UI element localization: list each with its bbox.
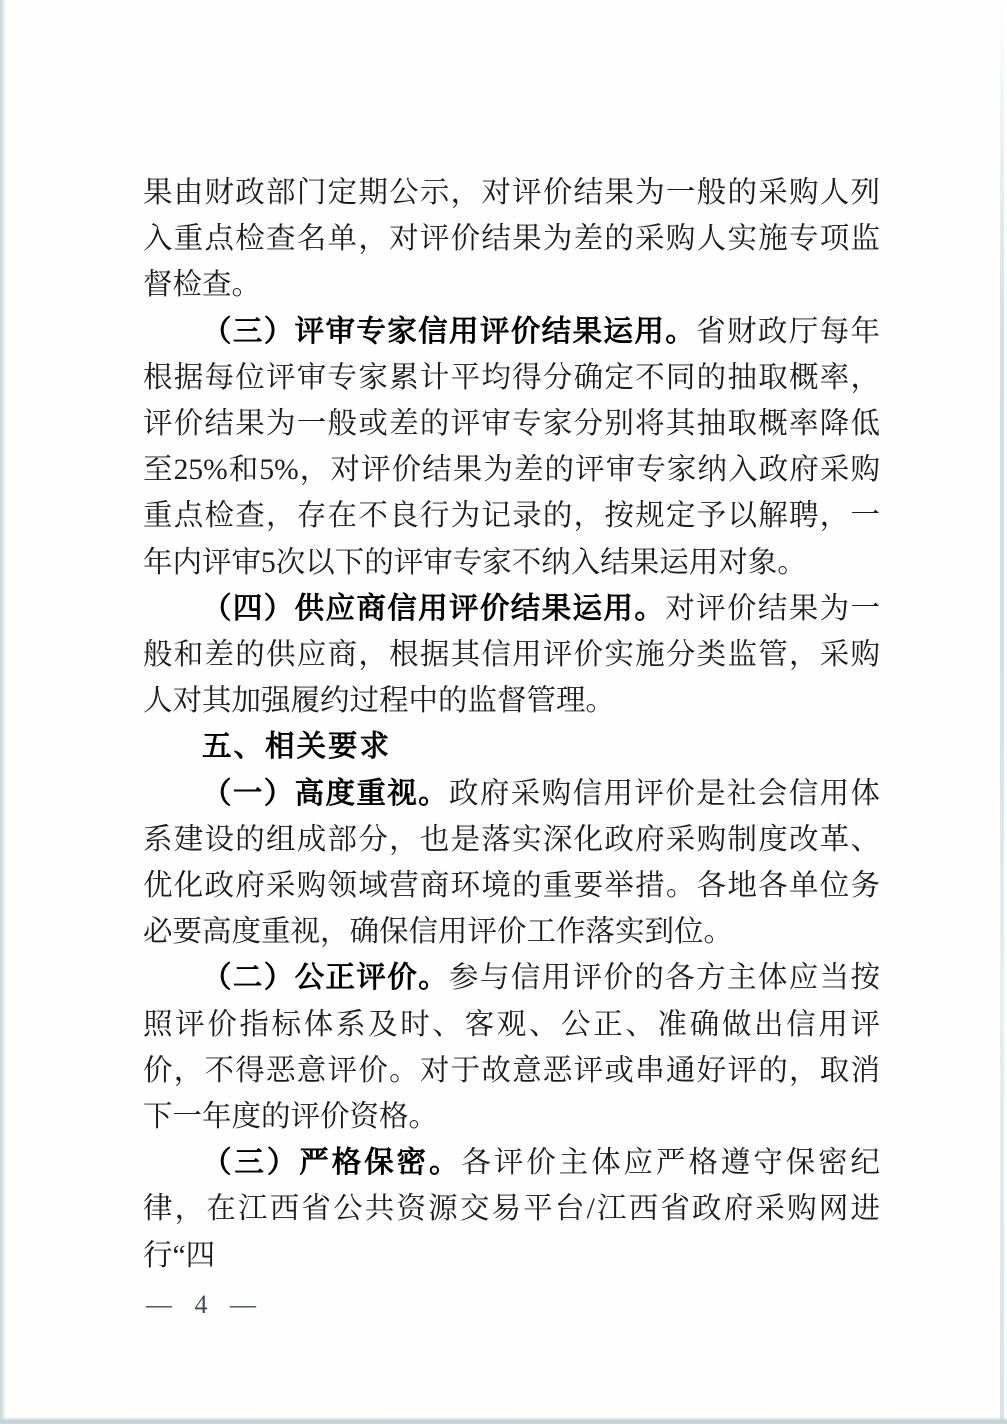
scan-edge-bottom-artifact (0, 1417, 1007, 1424)
paragraph-expert-credit-results: （三）评审专家信用评价结果运用。省财政厅每年根据每位评审专家累计平均得分确定不同… (143, 309, 880, 586)
paragraph-lead: （一）高度重视。 (202, 778, 449, 810)
paragraph-text: 果由财政部门定期公示，对评价结果为一般的采购人列入重点检查名单，对评价结果为差的… (143, 177, 880, 301)
page-number: — 4 — (146, 1290, 259, 1320)
paragraph-supplier-credit-results: （四）供应商信用评价结果运用。对评价结果为一般和差的供应商，根据其信用评价实施分… (143, 586, 880, 725)
paragraph-lead: （四）供应商信用评价结果运用。 (202, 593, 665, 625)
paragraph-fair-evaluation: （二）公正评价。参与信用评价的各方主体应当按照评价指标体系及时、客观、公正、准确… (143, 955, 880, 1140)
scan-edge-left-artifact (0, 0, 6, 1424)
paragraph-lead: （二）公正评价。 (202, 962, 449, 994)
document-body: 果由财政部门定期公示，对评价结果为一般的采购人列入重点检查名单，对评价结果为差的… (143, 170, 880, 1279)
paragraph-strict-confidentiality: （三）严格保密。各评价主体应严格遵守保密纪律，在江西省公共资源交易平台/江西省政… (143, 1140, 880, 1279)
document-page: 果由财政部门定期公示，对评价结果为一般的采购人列入重点检查名单，对评价结果为差的… (0, 0, 1007, 1424)
paragraph-lead: （三）严格保密。 (202, 1147, 461, 1179)
section-heading-related-requirements: 五、相关要求 (143, 724, 880, 770)
paragraph-text: 省财政厅每年根据每位评审专家累计平均得分确定不同的抽取概率，评价结果为一般或差的… (143, 316, 880, 579)
paragraph-lead: （三）评审专家信用评价结果运用。 (202, 316, 696, 348)
paragraph-high-importance: （一）高度重视。政府采购信用评价是社会信用体系建设的组成部分，也是落实深化政府采… (143, 771, 880, 956)
paragraph-continuation: 果由财政部门定期公示，对评价结果为一般的采购人列入重点检查名单，对评价结果为差的… (143, 170, 880, 309)
scan-edge-right-artifact (1000, 0, 1004, 1424)
section-heading-text: 五、相关要求 (202, 730, 391, 763)
